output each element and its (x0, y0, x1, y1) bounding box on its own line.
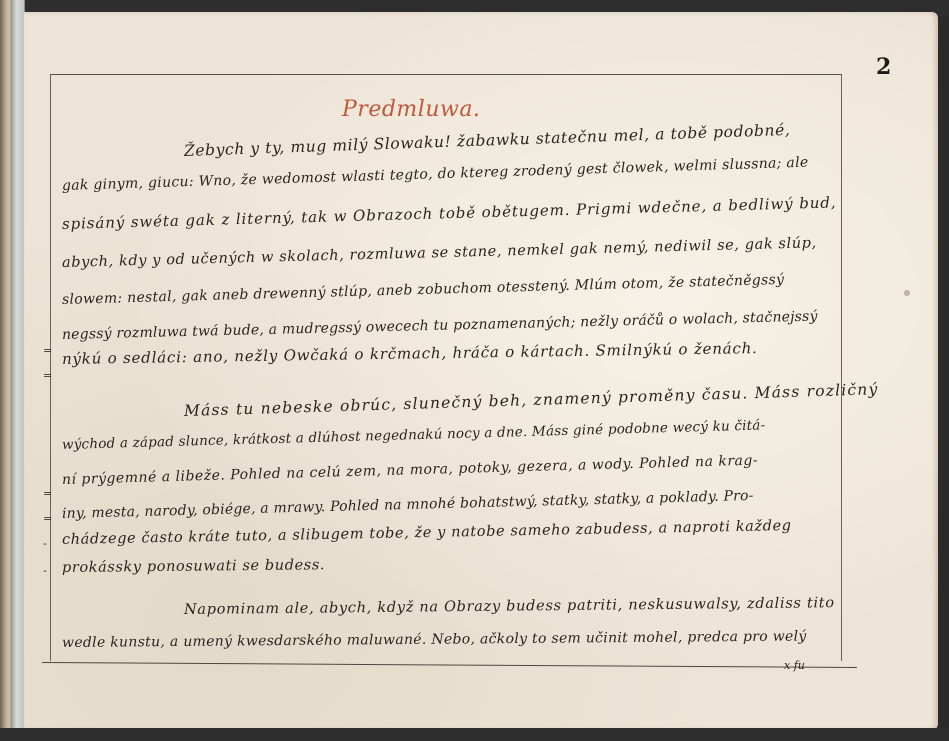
margin-mark: - (43, 537, 47, 550)
margin-mark: = (43, 344, 52, 357)
book-binding-edge (0, 0, 12, 741)
paper-stain (904, 290, 910, 296)
manuscript-page: 2 Predmluwa. Žebych y ty, mug milý Slowa… (24, 12, 938, 730)
margin-mark: = (43, 369, 52, 382)
manuscript-line: prokássky ponosuwati se budess. (62, 557, 325, 576)
page-number: 2 (876, 54, 891, 80)
margin-mark: = (43, 487, 52, 500)
footnote-catchword: x fu (784, 659, 805, 672)
scan-bottom-border (0, 728, 949, 741)
page-title: Predmluwa. (342, 97, 480, 122)
ruled-bottom-line (42, 662, 857, 668)
margin-mark: - (43, 564, 47, 577)
margin-mark: = (43, 512, 52, 525)
